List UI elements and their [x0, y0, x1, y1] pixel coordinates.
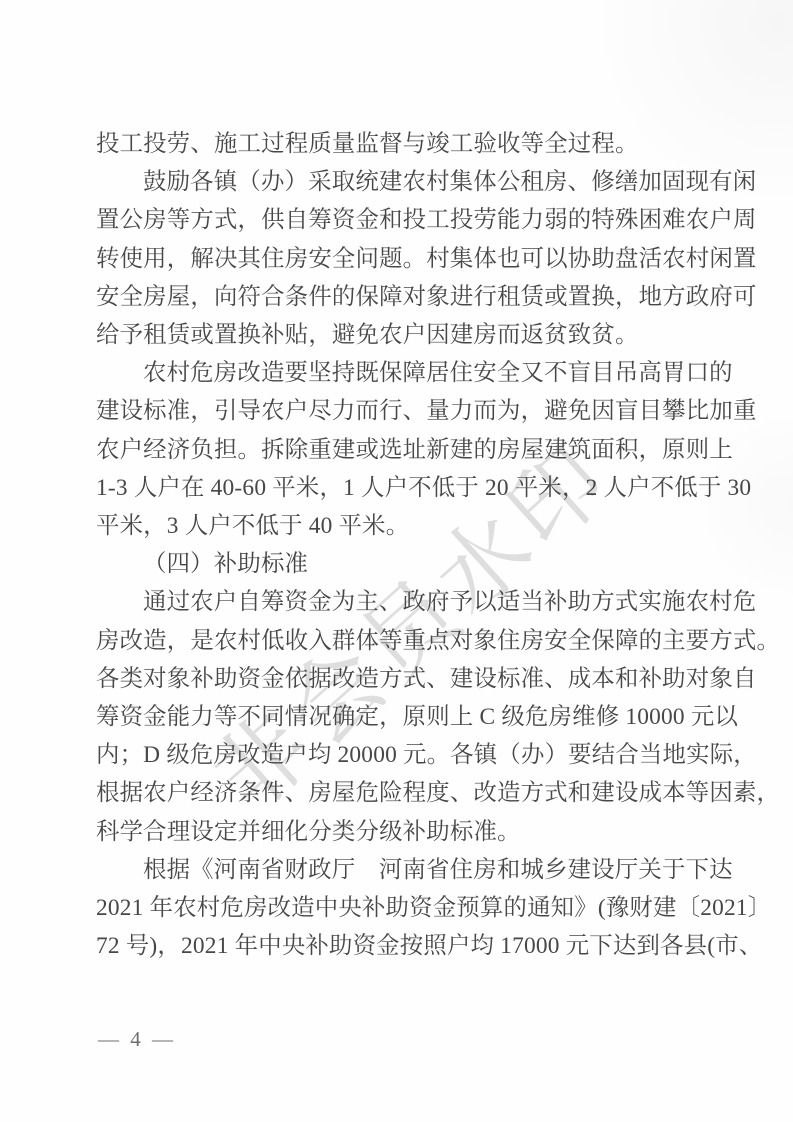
text-line: 根据农户经济条件、房屋危险程度、改造方式和建设成本等因素， [96, 774, 712, 812]
text-line: 置公房等方式，供自筹资金和投工投劳能力弱的特殊困难农户周 [96, 201, 712, 239]
text-line: 通过农户自筹资金为主、政府予以适当补助方式实施农村危 [96, 583, 712, 621]
text-line: 科学合理设定并细化分类分级补助标准。 [96, 813, 712, 851]
document-body: 投工投劳、施工过程质量监督与竣工验收等全过程。 鼓励各镇（办）采取统建农村集体公… [96, 125, 712, 965]
text-line: 农户经济负担。拆除重建或选址新建的房屋建筑面积，原则上 [96, 431, 712, 469]
page-number: — 4 — [98, 1027, 176, 1052]
text-line: 2021 年农村危房改造中央补助资金预算的通知》(豫财建〔2021〕 [96, 889, 712, 927]
text-line: 各类对象补助资金依据改造方式、建设标准、成本和补助对象自 [96, 660, 712, 698]
text-line: 安全房屋，向符合条件的保障对象进行租赁或置换，地方政府可 [96, 278, 712, 316]
text-line: 平米，3 人户不低于 40 平米。 [96, 507, 712, 545]
text-line: 给予租赁或置换补贴，避免农户因建房而返贫致贫。 [96, 316, 712, 354]
text-line: 内；D 级危房改造户均 20000 元。各镇（办）要结合当地实际， [96, 736, 712, 774]
text-line: 房改造，是农村低收入群体等重点对象住房安全保障的主要方式。 [96, 622, 712, 660]
text-line: 投工投劳、施工过程质量监督与竣工验收等全过程。 [96, 125, 712, 163]
text-line: 鼓励各镇（办）采取统建农村集体公租房、修缮加固现有闲 [96, 163, 712, 201]
text-line: 72 号)，2021 年中央补助资金按照户均 17000 元下达到各县(市、 [96, 927, 712, 965]
text-line: 筹资金能力等不同情况确定，原则上 C 级危房维修 10000 元以 [96, 698, 712, 736]
text-line: 1-3 人户在 40-60 平米，1 人户不低于 20 平米，2 人户不低于 3… [96, 469, 712, 507]
text-line: 根据《河南省财政厅 河南省住房和城乡建设厅关于下达 [96, 851, 712, 889]
section-heading: （四）补助标准 [96, 545, 712, 583]
text-line: 转使用，解决其住房安全问题。村集体也可以协助盘活农村闲置 [96, 240, 712, 278]
text-line: 建设标准，引导农户尽力而行、量力而为，避免因盲目攀比加重 [96, 392, 712, 430]
text-line: 农村危房改造要坚持既保障居住安全又不盲目吊高胃口的 [96, 354, 712, 392]
document-page: 非会员水印 投工投劳、施工过程质量监督与竣工验收等全过程。 鼓励各镇（办）采取统… [0, 0, 793, 1122]
